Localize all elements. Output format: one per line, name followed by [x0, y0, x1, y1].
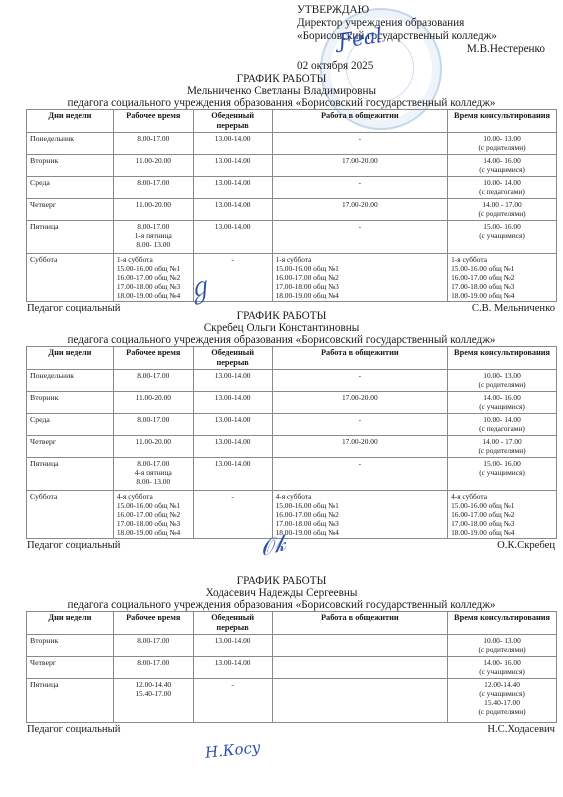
- consultation-time-cell: 12.00-14.40 (с учащимися) 15.40-17.00 (с…: [448, 679, 557, 723]
- column-header: Рабочее время: [113, 347, 193, 370]
- lunch-break-cell: 13.00-14.00: [193, 657, 272, 679]
- lunch-break-cell: 13.00-14.00: [193, 155, 272, 177]
- work-time-cell: 8.00-17.00: [113, 177, 193, 199]
- schedule-subtitle: педагога социального учреждения образова…: [0, 599, 563, 611]
- lunch-break-cell: 13.00-14.00: [193, 458, 272, 491]
- column-header: Время консультирования: [448, 110, 557, 133]
- schedule-block: ГРАФИК РАБОТЫМельниченко Светланы Владим…: [0, 73, 563, 316]
- work-time-cell: 8.00-17.00 4-я пятница 8.00- 13.00: [113, 458, 193, 491]
- table-row: Понедельник8.00-17.0013.00-14.00-10.00- …: [27, 133, 557, 155]
- dormitory-work-cell: [272, 679, 448, 723]
- work-time-cell: 11.00-20.00: [113, 199, 193, 221]
- column-header: Работа в общежитии: [272, 612, 448, 635]
- table-row: Среда8.00-17.0013.00-14.00-10.00- 14.00 …: [27, 177, 557, 199]
- table-header-row: Дни неделиРабочее времяОбеденный перерыв…: [27, 612, 557, 635]
- lunch-break-cell: 13.00-14.00: [193, 133, 272, 155]
- consultation-time-cell: 15.00- 16.00 (с учащимися): [448, 458, 557, 491]
- lunch-break-cell: -: [193, 491, 272, 539]
- dormitory-work-cell: 17.00-20.00: [272, 392, 448, 414]
- lunch-break-cell: -: [193, 254, 272, 302]
- consultation-time-cell: 14.00- 16.00 (с учащимися): [448, 657, 557, 679]
- approval-block: УТВЕРЖДАЮ Директор учреждения образовани…: [297, 4, 559, 73]
- dormitory-work-cell: 17.00-20.00: [272, 199, 448, 221]
- dormitory-work-cell: -: [272, 370, 448, 392]
- lunch-break-cell: 13.00-14.00: [193, 635, 272, 657]
- day-cell: Среда: [27, 414, 114, 436]
- schedule-table: Дни неделиРабочее времяОбеденный перерыв…: [26, 611, 557, 723]
- lunch-break-cell: 13.00-14.00: [193, 199, 272, 221]
- day-cell: Среда: [27, 177, 114, 199]
- table-row: Вторник8.00-17.0013.00-14.0010.00- 13.00…: [27, 635, 557, 657]
- work-time-cell: 8.00-17.00: [113, 657, 193, 679]
- footer-name: Н.С.Ходасевич: [487, 724, 555, 735]
- day-cell: Пятница: [27, 458, 114, 491]
- approval-heading: УТВЕРЖДАЮ: [297, 4, 559, 17]
- schedule-footer: Педагог социальныйО.К.Скребец: [0, 540, 563, 553]
- column-header: Дни недели: [27, 347, 114, 370]
- day-cell: Понедельник: [27, 370, 114, 392]
- table-row: Среда8.00-17.0013.00-14.00-10.00- 14.00 …: [27, 414, 557, 436]
- work-time-cell: 8.00-17.00 1-я пятница 8.00- 13.00: [113, 221, 193, 254]
- column-header: Дни недели: [27, 110, 114, 133]
- day-cell: Четверг: [27, 436, 114, 458]
- column-header: Рабочее время: [113, 110, 193, 133]
- day-cell: Понедельник: [27, 133, 114, 155]
- day-cell: Вторник: [27, 392, 114, 414]
- consultation-time-cell: 10.00- 13.00 (с родителями): [448, 635, 557, 657]
- dormitory-work-cell: -: [272, 458, 448, 491]
- work-time-cell: 1-я суббота 15.00-16.00 общ №1 16.00-17.…: [113, 254, 193, 302]
- schedule-title: ГРАФИК РАБОТЫ: [0, 575, 563, 587]
- consultation-time-cell: 14.00 - 17.00 (с родителями): [448, 436, 557, 458]
- work-time-cell: 8.00-17.00: [113, 414, 193, 436]
- consultation-time-cell: 10.00- 13.00 (с родителями): [448, 133, 557, 155]
- schedule-block: ГРАФИК РАБОТЫСкребец Ольги Константиновн…: [0, 310, 563, 553]
- table-row: Пятница8.00-17.00 4-я пятница 8.00- 13.0…: [27, 458, 557, 491]
- schedule-title: ГРАФИК РАБОТЫ: [0, 310, 563, 322]
- column-header: Работа в общежитии: [272, 347, 448, 370]
- day-cell: Четверг: [27, 657, 114, 679]
- lunch-break-cell: 13.00-14.00: [193, 414, 272, 436]
- dormitory-work-cell: [272, 657, 448, 679]
- table-row: Четверг11.00-20.0013.00-14.0017.00-20.00…: [27, 199, 557, 221]
- consultation-time-cell: 10.00- 13.00 (с родителями): [448, 370, 557, 392]
- dormitory-work-cell: -: [272, 177, 448, 199]
- day-cell: Вторник: [27, 155, 114, 177]
- consultation-time-cell: 1-я суббота 15.00-16.00 общ №1 16.00-17.…: [448, 254, 557, 302]
- footer-role: Педагог социальный: [27, 724, 120, 735]
- work-time-cell: 11.00-20.00: [113, 155, 193, 177]
- consultation-time-cell: 14.00- 16.00 (с учащимися): [448, 155, 557, 177]
- column-header: Время консультирования: [448, 347, 557, 370]
- column-header: Обеденный перерыв: [193, 347, 272, 370]
- schedule-footer: Педагог социальныйН.С.Ходасевич: [0, 724, 563, 737]
- consultation-time-cell: 10.00- 14.00 (с педагогами): [448, 414, 557, 436]
- table-row: Понедельник8.00-17.0013.00-14.00-10.00- …: [27, 370, 557, 392]
- schedule-person: Скребец Ольги Константиновны: [0, 322, 563, 334]
- dormitory-work-cell: -: [272, 414, 448, 436]
- dormitory-work-cell: 17.00-20.00: [272, 155, 448, 177]
- work-time-cell: 11.00-20.00: [113, 392, 193, 414]
- table-row: Вторник11.00-20.0013.00-14.0017.00-20.00…: [27, 392, 557, 414]
- schedule-table: Дни неделиРабочее времяОбеденный перерыв…: [26, 109, 557, 302]
- day-cell: Суббота: [27, 491, 114, 539]
- table-row: Вторник11.00-20.0013.00-14.0017.00-20.00…: [27, 155, 557, 177]
- work-time-cell: 11.00-20.00: [113, 436, 193, 458]
- table-row: Суббота1-я суббота 15.00-16.00 общ №1 16…: [27, 254, 557, 302]
- column-header: Обеденный перерыв: [193, 612, 272, 635]
- consultation-time-cell: 4-я суббота 15.00-16.00 общ №1 16.00-17.…: [448, 491, 557, 539]
- day-cell: Суббота: [27, 254, 114, 302]
- dormitory-work-cell: -: [272, 221, 448, 254]
- consultation-time-cell: 15.00- 16.00 (с учащимися): [448, 221, 557, 254]
- work-time-cell: 4-я суббота 15.00-16.00 общ №1 16.00-17.…: [113, 491, 193, 539]
- schedule-title: ГРАФИК РАБОТЫ: [0, 73, 563, 85]
- schedule-person: Мельниченко Светланы Владимировны: [0, 85, 563, 97]
- schedule-table: Дни неделиРабочее времяОбеденный перерыв…: [26, 346, 557, 539]
- column-header: Обеденный перерыв: [193, 110, 272, 133]
- approval-date: 02 октября 2025: [297, 60, 559, 73]
- column-header: Рабочее время: [113, 612, 193, 635]
- column-header: Работа в общежитии: [272, 110, 448, 133]
- dormitory-work-cell: 4-я суббота 15.00-16.00 общ №1 16.00-17.…: [272, 491, 448, 539]
- column-header: Время консультирования: [448, 612, 557, 635]
- lunch-break-cell: 13.00-14.00: [193, 436, 272, 458]
- dormitory-work-cell: [272, 635, 448, 657]
- consultation-time-cell: 14.00- 16.00 (с учащимися): [448, 392, 557, 414]
- approval-institution: «Борисовский государственный колледж»: [297, 30, 559, 43]
- lunch-break-cell: 13.00-14.00: [193, 221, 272, 254]
- dormitory-work-cell: 1-я суббота 15.00-16.00 общ №1 16.00-17.…: [272, 254, 448, 302]
- consultation-time-cell: 10.00- 14.00 (с педагогами): [448, 177, 557, 199]
- table-row: Пятница12.00-14.40 15.40-17.00-12.00-14.…: [27, 679, 557, 723]
- table-row: Четверг11.00-20.0013.00-14.0017.00-20.00…: [27, 436, 557, 458]
- table-row: Пятница8.00-17.00 1-я пятница 8.00- 13.0…: [27, 221, 557, 254]
- schedule-subtitle: педагога социального учреждения образова…: [0, 334, 563, 346]
- approval-position: Директор учреждения образования: [297, 17, 559, 30]
- table-header-row: Дни неделиРабочее времяОбеденный перерыв…: [27, 110, 557, 133]
- approval-signer: М.В.Нестеренко: [297, 43, 559, 56]
- work-time-cell: 8.00-17.00: [113, 370, 193, 392]
- column-header: Дни недели: [27, 612, 114, 635]
- schedule-person: Ходасевич Надежды Сергеевны: [0, 587, 563, 599]
- day-cell: Четверг: [27, 199, 114, 221]
- consultation-time-cell: 14.00 - 17.00 (с родителями): [448, 199, 557, 221]
- table-header-row: Дни неделиРабочее времяОбеденный перерыв…: [27, 347, 557, 370]
- work-time-cell: 12.00-14.40 15.40-17.00: [113, 679, 193, 723]
- lunch-break-cell: -: [193, 679, 272, 723]
- lunch-break-cell: 13.00-14.00: [193, 370, 272, 392]
- table-row: Суббота4-я суббота 15.00-16.00 общ №1 16…: [27, 491, 557, 539]
- schedule-subtitle: педагога социального учреждения образова…: [0, 97, 563, 109]
- work-time-cell: 8.00-17.00: [113, 133, 193, 155]
- dormitory-work-cell: 17.00-20.00: [272, 436, 448, 458]
- footer-role: Педагог социальный: [27, 540, 120, 551]
- work-time-cell: 8.00-17.00: [113, 635, 193, 657]
- day-cell: Пятница: [27, 679, 114, 723]
- dormitory-work-cell: -: [272, 133, 448, 155]
- schedule-block: ГРАФИК РАБОТЫХодасевич Надежды Сергеевны…: [0, 575, 563, 737]
- lunch-break-cell: 13.00-14.00: [193, 392, 272, 414]
- day-cell: Пятница: [27, 221, 114, 254]
- day-cell: Вторник: [27, 635, 114, 657]
- table-row: Четверг8.00-17.0013.00-14.0014.00- 16.00…: [27, 657, 557, 679]
- signature-khodasevich: Н.Косу: [204, 738, 261, 762]
- footer-name: О.К.Скребец: [497, 540, 555, 551]
- lunch-break-cell: 13.00-14.00: [193, 177, 272, 199]
